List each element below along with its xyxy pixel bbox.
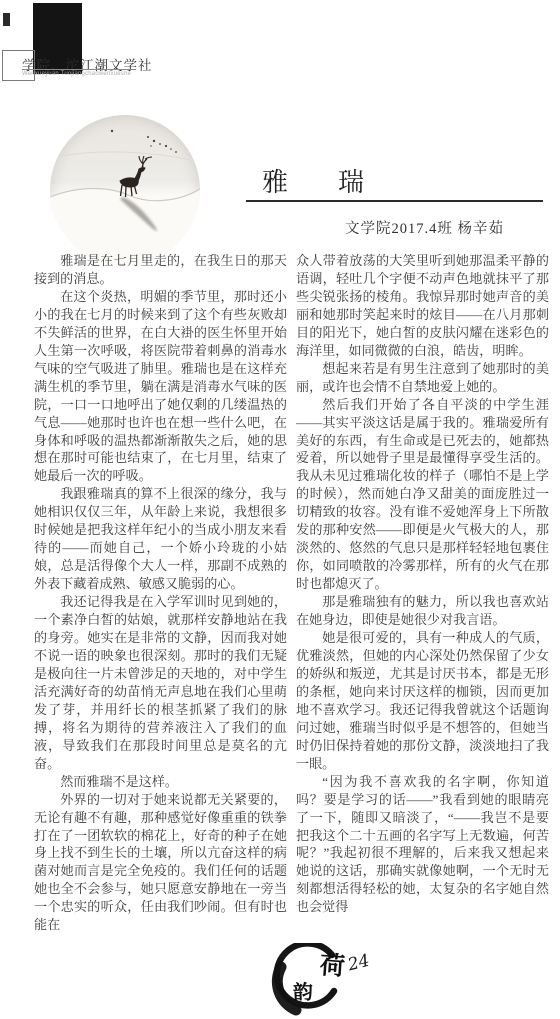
footer-stamp: 荷 韵 24 [260,943,380,1019]
right-column: 众人带着放荡的大笑里听到她那温柔平静的语调，轻吐几个字便不动声色地就抹平了那些尖… [296,252,549,934]
stamp-character-he: 荷 [319,945,346,983]
magazine-page: 学院、沱江潮文学社 Wenxueyuan Tuojiangchaowenxues… [0,0,560,1019]
edge-mark [3,13,10,26]
left-column: 雅瑞是在七月里走的，在我生日的那天接到的消息。在这个炎热，明媚的季节里，那时还小… [34,252,287,934]
paragraph: 众人带着放荡的大笑里听到她那温柔平静的语调，轻吐几个字便不动声色地就抹平了那些尖… [296,252,549,360]
society-pinyin: Wenxueyuan Tuojiangchaowenxueshe [22,71,131,77]
paragraph: 在这个炎热，明媚的季节里，那时还小小的我在七月的时候来到了这个有些灰败却不失鲜活… [34,288,287,485]
paragraph: 她是很可爱的，具有一种成人的气质，优雅淡然，但她的内心深处仍然保留了少女的娇纵和… [296,629,549,773]
paragraph: 然后我们开始了各自平淡的中学生涯——其实平淡这话是属于我的。雅瑞爱所有美好的东西… [296,396,549,593]
paragraph: 那是雅瑞独有的魅力，所以我也喜欢站在她身边，即使是她很少对我言语。 [296,593,549,629]
paragraph: 雅瑞是在七月里走的，在我生日的那天接到的消息。 [34,252,287,288]
article-body: 雅瑞是在七月里走的，在我生日的那天接到的消息。在这个炎热，明媚的季节里，那时还小… [34,252,549,934]
deer-illustration [50,115,200,265]
deer-on-snow-icon [50,115,200,265]
paragraph: 外界的一切对于她来说都无关紧要的，无论有趣不有趣，那种感觉好像重重的铁拳打在了一… [34,791,287,935]
title-rule [246,200,543,202]
paragraph: 然而雅瑞不是这样。 [34,773,287,791]
stamp-character-yun: 韵 [293,976,314,1006]
masthead-underline [22,69,136,70]
paragraph: “因为我不喜欢我的名字啊，你知道吗？要是学习的话——”我看到她的眼睛亮了一下，随… [296,773,549,917]
paragraph: 我还记得我是在入学军训时见到她的，一个素净白皙的姑娘，就那样安静地站在我的身旁。… [34,593,287,773]
byline: 文学院2017.4班 杨辛茹 [345,217,504,238]
article-title: 雅 瑞 [262,162,376,199]
paragraph: 我跟雅瑞真的算不上很深的缘分，我与她相识仅仅三年，从年龄上来说，我想很多时候她是… [34,485,287,593]
paragraph: 想起来若是有男生注意到了她那时的美丽，或许也会情不自禁地爱上她的。 [296,360,549,396]
